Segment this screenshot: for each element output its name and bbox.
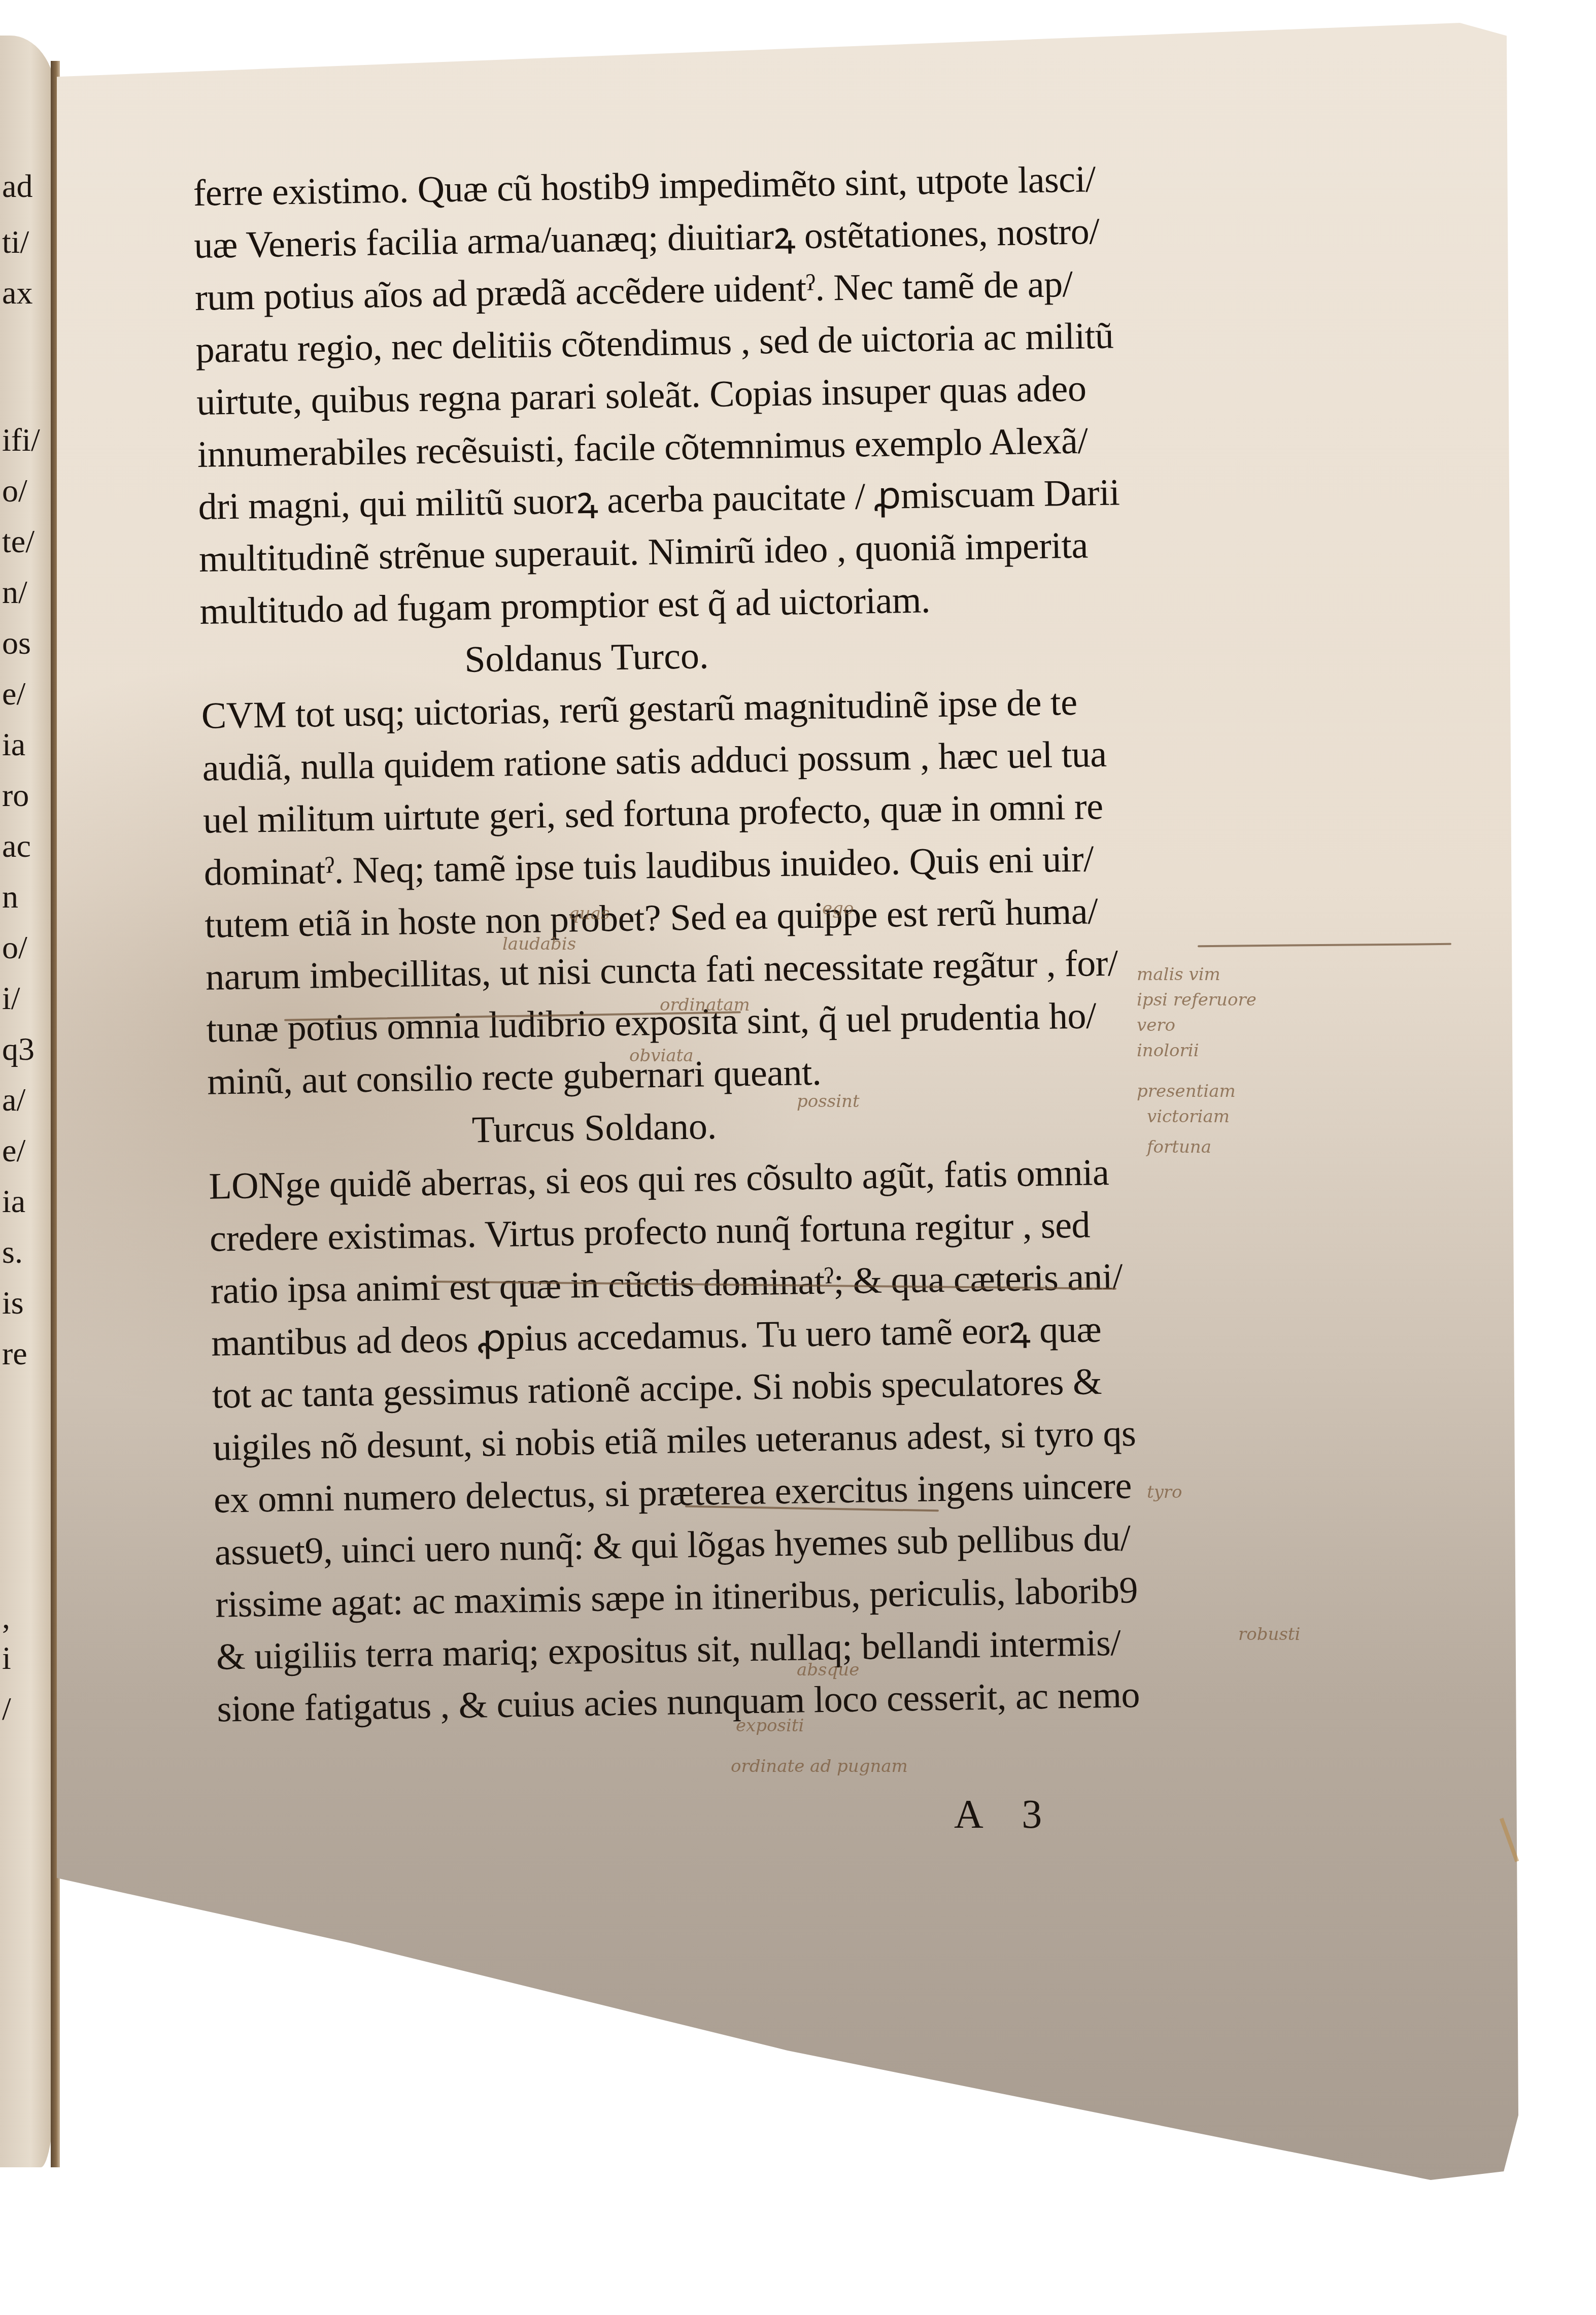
left-fragment: os bbox=[2, 624, 31, 662]
margin-annotation: fortuna bbox=[1147, 1137, 1211, 1157]
margin-annotation: vero bbox=[1137, 1015, 1175, 1035]
left-fragment: s. bbox=[2, 1233, 23, 1271]
left-page-edge: ad ti/ ax ifi/ o/ te/ n/ os e/ ia ro ac … bbox=[0, 36, 56, 2167]
left-fragment: ia bbox=[2, 1183, 25, 1220]
interlinear-annotation: laudabis bbox=[502, 934, 576, 954]
left-fragment: ti/ bbox=[2, 223, 29, 261]
signature-mark: A 3 bbox=[954, 1792, 1057, 1838]
left-fragment: re bbox=[2, 1335, 27, 1372]
margin-annotation: inolorii bbox=[1137, 1041, 1199, 1061]
interlinear-annotation: expositi bbox=[736, 1716, 804, 1736]
left-fragment: ac bbox=[2, 827, 31, 865]
left-fragment: i/ bbox=[2, 980, 20, 1017]
interlinear-annotation: possint bbox=[797, 1091, 860, 1112]
left-fragment: / bbox=[2, 1690, 11, 1728]
left-fragment: ia bbox=[2, 726, 25, 763]
paragraph-3: LONge quidẽ aberras, si eos qui res cõsu… bbox=[209, 1146, 1182, 1736]
left-fragment: is bbox=[2, 1284, 24, 1322]
paragraph-1: ferre existimo. Quæ cũ hostib9 impedimẽt… bbox=[193, 152, 1164, 638]
margin-annotation: tyro bbox=[1147, 1482, 1182, 1502]
left-fragment: q3 bbox=[2, 1030, 35, 1068]
printed-text-block: ferre existimo. Quæ cũ hostib9 impedimẽt… bbox=[193, 152, 1181, 1735]
margin-annotation: robusti bbox=[1238, 1624, 1300, 1645]
interlinear-annotation: ordinate ad pugnam bbox=[731, 1756, 908, 1776]
left-fragment: , bbox=[2, 1599, 10, 1636]
left-fragment: n/ bbox=[2, 574, 27, 611]
left-fragment: a/ bbox=[2, 1081, 25, 1119]
left-fragment: e/ bbox=[2, 675, 25, 713]
paragraph-2: CVM tot usq; uictorias, rerũ gestarũ mag… bbox=[201, 675, 1172, 1109]
left-fragment: o/ bbox=[2, 472, 27, 510]
interlinear-annotation: obviata bbox=[629, 1046, 694, 1066]
left-fragment: ifi/ bbox=[2, 421, 40, 459]
left-fragment: i bbox=[2, 1639, 11, 1677]
margin-annotation: presentiam bbox=[1137, 1081, 1236, 1101]
left-fragment: o/ bbox=[2, 929, 27, 966]
interlinear-annotation: quas bbox=[568, 903, 609, 924]
left-fragment: e/ bbox=[2, 1132, 25, 1169]
left-fragment: ax bbox=[2, 274, 32, 312]
margin-annotation: ipsi referuore bbox=[1137, 990, 1257, 1010]
left-fragment: ro bbox=[2, 777, 29, 814]
margin-annotation: victoriam bbox=[1147, 1106, 1230, 1127]
left-fragment: te/ bbox=[2, 523, 35, 560]
left-fragment: n bbox=[2, 878, 18, 916]
interlinear-annotation: absque bbox=[797, 1660, 859, 1680]
interlinear-annotation: ego bbox=[822, 898, 854, 919]
left-fragment: ad bbox=[2, 167, 32, 205]
margin-annotation: malis vim bbox=[1137, 964, 1220, 985]
